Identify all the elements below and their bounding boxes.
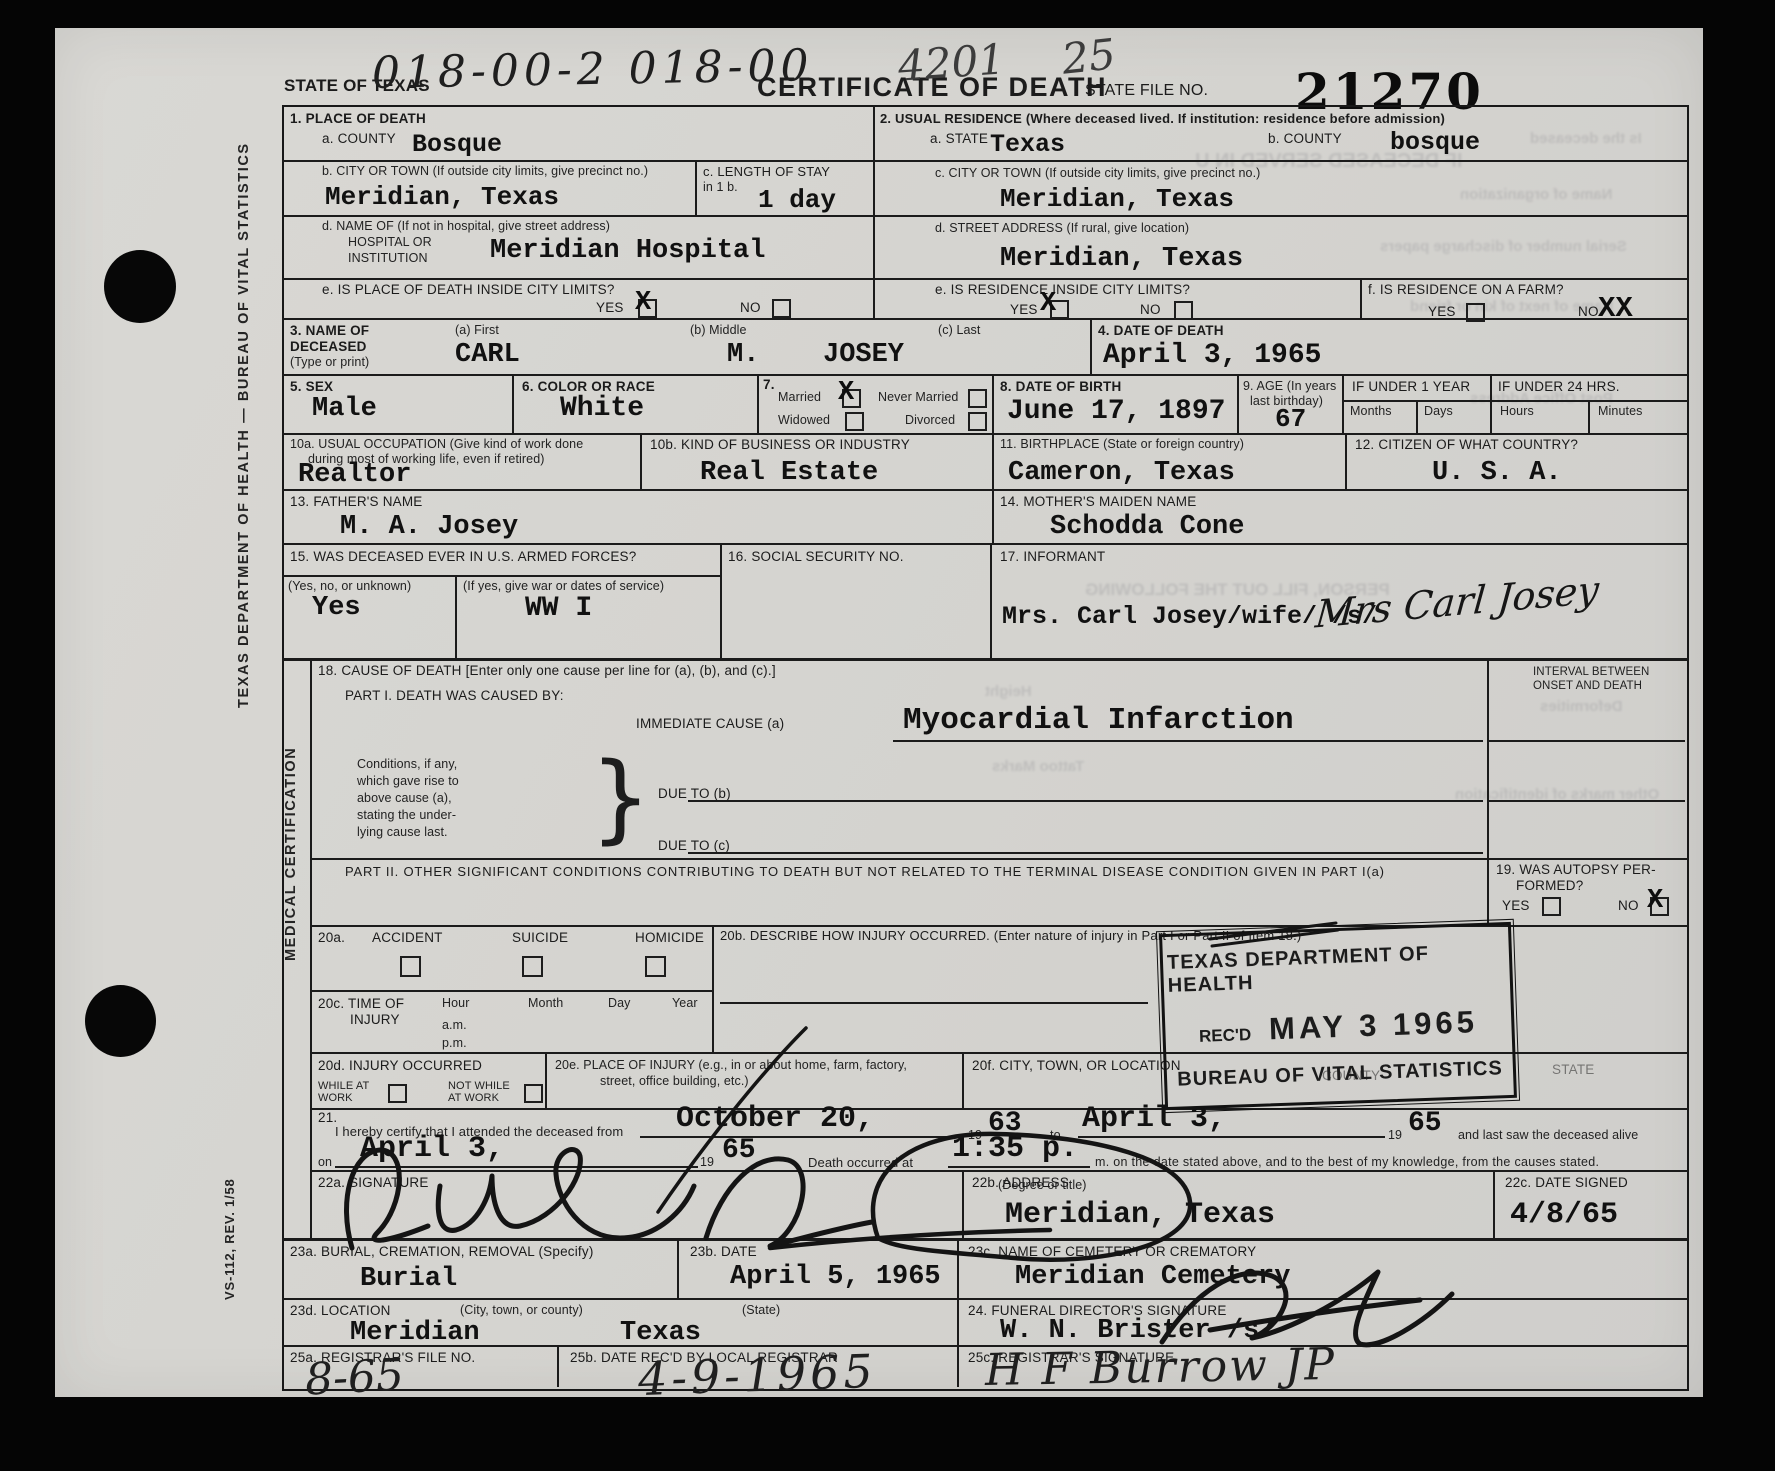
- homicide-checkbox: [645, 956, 666, 977]
- burial-location-label: 23d. LOCATION: [290, 1303, 391, 1318]
- rule-line: [310, 990, 712, 992]
- state-file-no-label: STATE FILE NO.: [1085, 82, 1208, 100]
- residence-farm-no-mark: XX: [1598, 292, 1633, 325]
- war-dates-value: WW I: [525, 593, 592, 624]
- age-value: 67: [1275, 404, 1306, 434]
- state-sublabel: (State): [742, 1303, 780, 1317]
- time-of-injury-label2: INJURY: [350, 1012, 400, 1027]
- rule-line: [640, 1136, 962, 1138]
- day-label: Day: [608, 996, 631, 1010]
- birthplace-label: 11. BIRTHPLACE (State or foreign country…: [1000, 437, 1244, 451]
- certify-21-label: 21.: [318, 1110, 337, 1125]
- cause-b-underline: [688, 800, 1483, 802]
- autopsy-yes-checkbox: [1542, 897, 1561, 916]
- kind-of-business-label: 10b. KIND OF BUSINESS OR INDUSTRY: [650, 437, 910, 452]
- county-value: Bosque: [412, 130, 502, 159]
- yes-label: YES: [1428, 304, 1456, 319]
- rule-line: [1090, 318, 1092, 374]
- rule-line: [335, 1166, 698, 1168]
- conditions-brace: }: [590, 742, 651, 854]
- middle-name-label: (b) Middle: [690, 323, 747, 337]
- sex-label: 5. SEX: [290, 379, 333, 394]
- certify-text2: and last saw the deceased alive: [1458, 1128, 1638, 1142]
- yes-label: YES: [1010, 302, 1038, 317]
- widowed-checkbox: [845, 412, 864, 431]
- mothers-maiden-name-value: Schodda Cone: [1050, 512, 1244, 542]
- if-under-24-hrs-label: IF UNDER 24 HRS.: [1498, 379, 1620, 394]
- rule-line: [990, 543, 992, 658]
- rule-line: [992, 374, 994, 433]
- stamp-recd-label: REC'D: [1199, 1026, 1252, 1048]
- while-at-work-label1: WHILE AT: [318, 1080, 369, 1092]
- conditions-note-line1: Conditions, if any,: [357, 757, 457, 771]
- state-underprint-label: STATE: [1552, 1062, 1595, 1077]
- rule-line: [1493, 1170, 1495, 1238]
- rule-line: [512, 374, 514, 433]
- usual-occupation-label: 10a. USUAL OCCUPATION (Give kind of work…: [290, 437, 583, 451]
- burial-date-label: 23b. DATE: [690, 1244, 757, 1259]
- rule-line: [1487, 800, 1685, 802]
- burial-type-label: 23a. BURIAL, CREMATION, REMOVAL (Specify…: [290, 1244, 594, 1259]
- war-dates-sublabel: (If yes, give war or dates of service): [463, 579, 664, 593]
- received-stamp: TEXAS DEPARTMENT OF HEALTH REC'D MAY 3 1…: [1159, 922, 1517, 1110]
- married-mark: X: [838, 378, 854, 408]
- suicide-label: SUICIDE: [512, 930, 568, 945]
- residence-state-label: a. STATE: [930, 131, 988, 146]
- immediate-cause-label: IMMEDIATE CAUSE (a): [636, 716, 784, 731]
- month-label: Month: [528, 996, 563, 1010]
- burial-type-value: Burial: [360, 1264, 457, 1294]
- rule-line: [1490, 374, 1492, 433]
- signature-label: 22a. SIGNATURE: [318, 1175, 429, 1190]
- homicide-label: HOMICIDE: [635, 930, 704, 945]
- not-while-at-work-checkbox: [524, 1084, 543, 1103]
- conditions-note-line4: stating the under-: [357, 808, 456, 822]
- age-label: 9. AGE (In years: [1243, 379, 1336, 393]
- usual-occupation-value: Realtor: [298, 460, 411, 490]
- part1-label: PART I. DEATH WAS CAUSED BY:: [345, 688, 564, 703]
- not-while-at-work-label1: NOT WHILE: [448, 1080, 510, 1092]
- last-name-value: JOSEY: [823, 340, 904, 370]
- days-label: Days: [1424, 404, 1453, 418]
- rule-line: [962, 1052, 964, 1108]
- time-of-injury-label1: 20c. TIME OF: [318, 996, 404, 1011]
- death-inside-city-limits-label: e. IS PLACE OF DEATH INSIDE CITY LIMITS?: [322, 282, 615, 297]
- mothers-maiden-name-label: 14. MOTHER'S MAIDEN NAME: [1000, 494, 1196, 509]
- while-at-work-label2: WORK: [318, 1092, 353, 1104]
- fathers-name-label: 13. FATHER'S NAME: [290, 494, 423, 509]
- not-while-at-work-label2: AT WORK: [448, 1092, 499, 1104]
- birthplace-value: Cameron, Texas: [1008, 458, 1235, 488]
- cemetery-name-value: Meridian Cemetery: [1015, 1262, 1290, 1292]
- rule-line: [557, 1345, 559, 1387]
- conditions-note-line3: above cause (a),: [357, 791, 452, 805]
- middle-name-value: M.: [727, 340, 759, 370]
- rule-line: [282, 658, 1688, 661]
- time-of-death-value: 1:35 p.: [952, 1132, 1078, 1166]
- cause-a-underline: [893, 740, 1483, 742]
- rule-line: [1078, 1136, 1385, 1138]
- rule-line: [282, 374, 1688, 376]
- rule-line: [310, 1170, 1688, 1172]
- street-address-label: d. STREET ADDRESS (If rural, give locati…: [935, 221, 1189, 235]
- year-prefix: 19: [1388, 1128, 1402, 1142]
- rule-line: [992, 489, 994, 543]
- immediate-cause-value: Myocardial Infarction: [903, 703, 1294, 738]
- color-or-race-value: White: [560, 393, 644, 424]
- residence-city-value: Meridian, Texas: [1000, 184, 1234, 214]
- date-of-birth-value: June 17, 1897: [1007, 396, 1225, 427]
- rule-line: [282, 1238, 1688, 1241]
- rule-line: [757, 374, 759, 433]
- city-town-location-label: 20f. CITY, TOWN, OR LOCATION: [972, 1058, 1181, 1073]
- autopsy-label1: 19. WAS AUTOPSY PER-: [1496, 862, 1656, 877]
- residence-city-limits-no-checkbox: [1174, 301, 1193, 320]
- rule-line: [282, 543, 1688, 545]
- cause-of-death-heading: 18. CAUSE OF DEATH [Enter only one cause…: [318, 663, 776, 678]
- name-of-deceased-heading2: DECEASED: [290, 339, 367, 354]
- address-label: 22b. ADDRESS: [972, 1175, 1069, 1190]
- rule-line: [720, 1002, 1148, 1004]
- form-border: [282, 105, 1689, 1391]
- no-label: NO: [740, 300, 761, 315]
- place-of-injury-label1: 20e. PLACE OF INJURY (e.g., in or about …: [555, 1058, 907, 1072]
- due-to-b-label: DUE TO (b): [658, 786, 731, 801]
- death-certificate-scan: IF DECEASED SERVED IN U Is the deceased …: [0, 0, 1775, 1471]
- rule-line: [310, 858, 1688, 860]
- rule-line: [948, 1166, 1090, 1168]
- last-seen-date-value: April 3,: [360, 1132, 504, 1166]
- handwritten-number-25: 25: [1060, 29, 1118, 83]
- sex-value: Male: [312, 394, 377, 424]
- accident-label: ACCIDENT: [372, 930, 443, 945]
- attended-from-value: October 20,: [676, 1102, 874, 1136]
- fathers-name-value: M. A. Josey: [340, 512, 518, 542]
- conditions-note-line5: lying cause last.: [357, 825, 448, 839]
- rule-line: [282, 433, 1688, 435]
- rule-line: [720, 543, 722, 658]
- rule-line: [545, 1052, 547, 1108]
- date-of-birth-label: 8. DATE OF BIRTH: [1000, 379, 1121, 394]
- type-or-print-label: (Type or print): [290, 355, 369, 369]
- due-to-c-label: DUE TO (c): [658, 838, 730, 853]
- last-name-label: (c) Last: [938, 323, 980, 337]
- residence-county-value: bosque: [1390, 128, 1480, 157]
- armed-forces-value: Yes: [312, 593, 361, 623]
- cemetery-name-label: 23c. NAME OF CEMETERY OR CREMATORY: [968, 1244, 1256, 1259]
- residence-state-value: Texas: [990, 130, 1065, 159]
- yes-label: YES: [596, 300, 624, 315]
- rule-line: [455, 575, 457, 658]
- color-or-race-label: 6. COLOR OR RACE: [522, 379, 655, 394]
- no-label: NO: [1618, 898, 1639, 913]
- residence-farm-label: f. IS RESIDENCE ON A FARM?: [1368, 282, 1564, 297]
- length-of-stay-sublabel: in 1 b.: [703, 180, 738, 194]
- while-at-work-checkbox: [388, 1084, 407, 1103]
- burial-location-city-value: Meridian: [350, 1318, 480, 1348]
- conditions-note-line2: which gave rise to: [357, 774, 459, 788]
- hour-label: Hour: [442, 996, 470, 1010]
- stamp-line1: TEXAS DEPARTMENT OF HEALTH: [1167, 940, 1506, 998]
- registrars-signature-value: H F Burrow JP: [985, 1339, 1337, 1396]
- burial-location-state-value: Texas: [620, 1318, 701, 1348]
- rule-line: [1588, 400, 1590, 433]
- autopsy-label2: FORMED?: [1516, 878, 1583, 893]
- city-or-town-label: b. CITY OR TOWN (If outside city limits,…: [322, 164, 648, 178]
- marital-status-label: 7.: [763, 377, 775, 392]
- rule-line: [677, 1238, 679, 1298]
- place-of-injury-label2: street, office building, etc.): [600, 1074, 749, 1088]
- kind-of-business-value: Real Estate: [700, 458, 878, 488]
- usual-residence-heading: 2. USUAL RESIDENCE (Where deceased lived…: [880, 111, 1445, 126]
- rule-line: [957, 1345, 959, 1387]
- place-of-death-heading: 1. PLACE OF DEATH: [290, 111, 426, 126]
- rule-line: [695, 160, 697, 215]
- hospital-name-value: Meridian Hospital: [490, 236, 765, 266]
- citizen-label: 12. CITIZEN OF WHAT COUNTRY?: [1355, 437, 1578, 452]
- rule-line: [282, 278, 1688, 280]
- date-signed-value: 4/8/65: [1510, 1198, 1618, 1232]
- if-under-1-year-label: IF UNDER 1 YEAR: [1352, 379, 1470, 394]
- months-label: Months: [1350, 404, 1392, 418]
- rule-line: [1360, 278, 1362, 318]
- date-signed-label: 22c. DATE SIGNED: [1505, 1175, 1628, 1190]
- rule-line: [282, 215, 1688, 217]
- year-label: Year: [672, 996, 698, 1010]
- rule-line: [957, 1298, 959, 1345]
- residence-county-label: b. COUNTY: [1268, 131, 1342, 146]
- date-of-death-value: April 3, 1965: [1103, 340, 1321, 371]
- address-value: Meridian, Texas: [1005, 1198, 1275, 1232]
- am-label: a.m.: [442, 1018, 467, 1032]
- cause-c-underline: [688, 852, 1483, 854]
- armed-forces-sublabel1: (Yes, no, or unknown): [288, 579, 411, 593]
- rule-line: [992, 433, 994, 489]
- injury-20a-label: 20a.: [318, 930, 345, 945]
- interval-label2: ONSET AND DEATH: [1533, 680, 1642, 692]
- last-seen-year: 65: [722, 1135, 756, 1166]
- rule-line: [282, 575, 720, 577]
- rule-line: [873, 105, 875, 318]
- rule-line: [1416, 400, 1418, 433]
- residence-city-limits-yes-mark: X: [1040, 289, 1056, 319]
- margin-form-code: VS-112, REV. 1/58: [222, 1148, 237, 1300]
- hospital-name-label2: HOSPITAL OR: [348, 235, 432, 249]
- handwritten-registration-codes: 018-00-2 018-00: [372, 40, 814, 99]
- informant-label: 17. INFORMANT: [1000, 549, 1105, 564]
- rule-line: [1342, 374, 1344, 433]
- rule-line: [282, 489, 1688, 491]
- rule-line: [1345, 433, 1347, 489]
- rule-line: [962, 1170, 964, 1238]
- first-name-value: CARL: [455, 340, 520, 370]
- yes-label: YES: [1502, 898, 1530, 913]
- first-name-label: (a) First: [455, 323, 499, 337]
- length-of-stay-label: c. LENGTH OF STAY: [703, 164, 830, 179]
- divorced-checkbox: [968, 412, 987, 431]
- divorced-label: Divorced: [905, 413, 955, 427]
- certify-text4: m. on the date stated above, and to the …: [1095, 1155, 1599, 1169]
- rule-line: [1237, 374, 1239, 433]
- rule-line: [282, 160, 1688, 162]
- widowed-label: Widowed: [778, 413, 830, 427]
- rule-line: [1487, 658, 1489, 925]
- accident-checkbox: [400, 956, 421, 977]
- citizen-value: U. S. A.: [1432, 458, 1562, 488]
- no-label: NO: [1140, 302, 1161, 317]
- residence-city-label: c. CITY OR TOWN (If outside city limits,…: [935, 166, 1260, 180]
- residence-farm-yes-checkbox: [1466, 303, 1485, 322]
- rule-line: [957, 1238, 959, 1298]
- hospital-name-label3: INSTITUTION: [348, 251, 428, 265]
- on-label: on: [318, 1155, 332, 1169]
- stamp-line3: BUREAU OF VITAL STATISTICS: [1177, 1057, 1503, 1091]
- punch-hole: [85, 985, 156, 1057]
- never-married-label: Never Married: [878, 390, 959, 404]
- rule-line: [712, 925, 714, 1052]
- city-town-county-sublabel: (City, town, or county): [460, 1303, 583, 1317]
- rule-line: [310, 658, 312, 1238]
- rule-line: [1487, 740, 1685, 742]
- rule-line: [282, 1298, 1688, 1300]
- name-of-deceased-heading: 3. NAME OF: [290, 323, 369, 338]
- death-city-limits-yes-mark: X: [635, 288, 651, 318]
- suicide-checkbox: [522, 956, 543, 977]
- margin-department-text: TEXAS DEPARTMENT OF HEALTH — BUREAU OF V…: [236, 268, 252, 708]
- burial-date-value: April 5, 1965: [730, 1262, 941, 1292]
- part2-label: PART II. OTHER SIGNIFICANT CONDITIONS CO…: [345, 864, 1385, 879]
- armed-forces-label: 15. WAS DECEASED EVER IN U.S. ARMED FORC…: [290, 549, 636, 564]
- residence-city-limits-label: e. IS RESIDENCE INSIDE CITY LIMITS?: [935, 282, 1190, 297]
- social-security-label: 16. SOCIAL SECURITY NO.: [728, 549, 904, 564]
- street-address-value: Meridian, Texas: [1000, 244, 1243, 274]
- date-recd-value: 4-9-1965: [637, 1344, 877, 1406]
- death-city-limits-no-checkbox: [772, 299, 791, 318]
- hospital-name-label: d. NAME OF (If not in hospital, give str…: [322, 219, 610, 233]
- registrars-file-no-value: 8-65: [304, 1349, 405, 1405]
- rule-line: [1342, 400, 1688, 402]
- death-occurred-at-label: Death occurred at: [808, 1155, 913, 1170]
- date-of-death-label: 4. DATE OF DEATH: [1098, 323, 1224, 338]
- hours-label: Hours: [1500, 404, 1534, 418]
- injury-occurred-label: 20d. INJURY OCCURRED: [318, 1058, 482, 1073]
- punch-hole: [104, 250, 176, 323]
- city-or-town-value: Meridian, Texas: [325, 182, 559, 212]
- year-prefix: 19: [700, 1155, 714, 1169]
- interval-label1: INTERVAL BETWEEN: [1533, 666, 1649, 678]
- no-label: NO: [1578, 304, 1599, 319]
- pm-label: p.m.: [442, 1036, 467, 1050]
- married-label: Married: [778, 390, 821, 404]
- rule-line: [640, 433, 642, 489]
- minutes-label: Minutes: [1598, 404, 1642, 418]
- length-of-stay-value: 1 day: [758, 185, 836, 215]
- autopsy-no-mark: X: [1647, 886, 1663, 916]
- attended-to-year: 65: [1408, 1108, 1442, 1139]
- never-married-checkbox: [968, 389, 987, 408]
- handwritten-number-4201: 4201: [896, 34, 1006, 90]
- county-label: a. COUNTY: [322, 131, 396, 146]
- stamp-date: MAY 3 1965: [1268, 1005, 1478, 1048]
